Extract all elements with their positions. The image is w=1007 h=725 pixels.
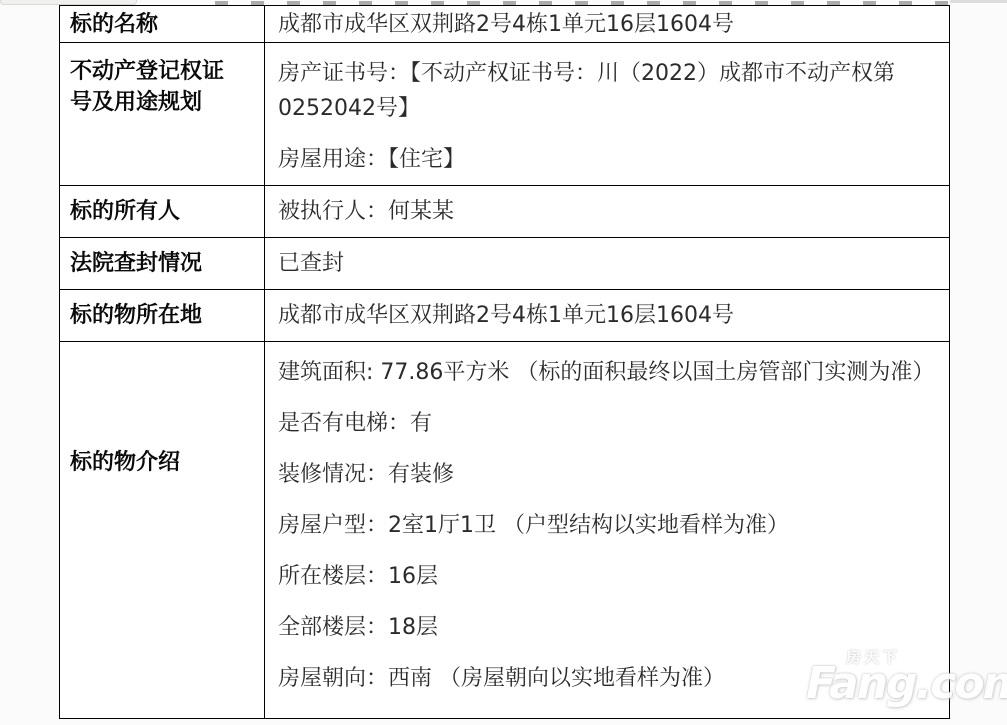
value-paragraph: 是否有电梯：有 [278, 406, 941, 441]
row-value-subject-introduction: 建筑面积: 77.86平方米 （标的面积最终以国土房管部门实测为准） 是否有电梯… [265, 342, 950, 719]
row-value-subject-location: 成都市成华区双荆路2号4栋1单元16层1604号 [265, 290, 950, 342]
value-paragraph: 房产证书号：【不动产权证书号：川（2022）成都市不动产权第0252042号】 [278, 56, 941, 126]
row-value-subject-owner: 被执行人：何某某 [265, 186, 950, 238]
row-label-subject-owner: 标的所有人 [60, 186, 265, 238]
row-subject-owner: 标的所有人 被执行人：何某某 [60, 186, 950, 238]
row-label-subject-introduction: 标的物介绍 [60, 342, 265, 719]
value-paragraph: 所在楼层：16层 [278, 559, 941, 594]
property-info-table: 标的名称 成都市成华区双荆路2号4栋1单元16层1604号 不动产登记权证号及用… [59, 5, 950, 719]
row-label-subject-location: 标的物所在地 [60, 290, 265, 342]
value-paragraph: 房屋朝向：西南 （房屋朝向以实地看样为准） [278, 661, 941, 696]
value-paragraph: 成都市成华区双荆路2号4栋1单元16层1604号 [278, 7, 941, 42]
row-label-court-seizure-status: 法院查封情况 [60, 238, 265, 290]
row-label-certificate-and-use: 不动产登记权证号及用途规划 [60, 43, 265, 186]
page: 标的名称 成都市成华区双荆路2号4栋1单元16层1604号 不动产登记权证号及用… [0, 0, 1007, 725]
value-paragraph: 已查封 [278, 246, 941, 281]
row-court-seizure-status: 法院查封情况 已查封 [60, 238, 950, 290]
value-paragraph: 房屋户型：2室1厅1卫 （户型结构以实地看样为准） [278, 508, 941, 543]
row-label-subject-name: 标的名称 [60, 6, 265, 43]
cropped-right-fragment [950, 0, 1007, 3]
row-subject-name: 标的名称 成都市成华区双荆路2号4栋1单元16层1604号 [60, 6, 950, 43]
value-paragraph: 装修情况：有装修 [278, 457, 941, 492]
value-paragraph: 房屋用途：【住宅】 [278, 142, 941, 177]
row-value-subject-name: 成都市成华区双荆路2号4栋1单元16层1604号 [265, 6, 950, 43]
row-value-court-seizure-status: 已查封 [265, 238, 950, 290]
row-value-certificate-and-use: 房产证书号：【不动产权证书号：川（2022）成都市不动产权第0252042号】 … [265, 43, 950, 186]
value-paragraph: 全部楼层：18层 [278, 610, 941, 645]
row-subject-location: 标的物所在地 成都市成华区双荆路2号4栋1单元16层1604号 [60, 290, 950, 342]
value-paragraph: 建筑面积: 77.86平方米 （标的面积最终以国土房管部门实测为准） [278, 355, 941, 390]
value-paragraph: 被执行人：何某某 [278, 194, 941, 229]
value-paragraph: 成都市成华区双荆路2号4栋1单元16层1604号 [278, 298, 941, 333]
row-certificate-and-use: 不动产登记权证号及用途规划 房产证书号：【不动产权证书号：川（2022）成都市不… [60, 43, 950, 186]
row-subject-introduction: 标的物介绍 建筑面积: 77.86平方米 （标的面积最终以国土房管部门实测为准）… [60, 342, 950, 719]
